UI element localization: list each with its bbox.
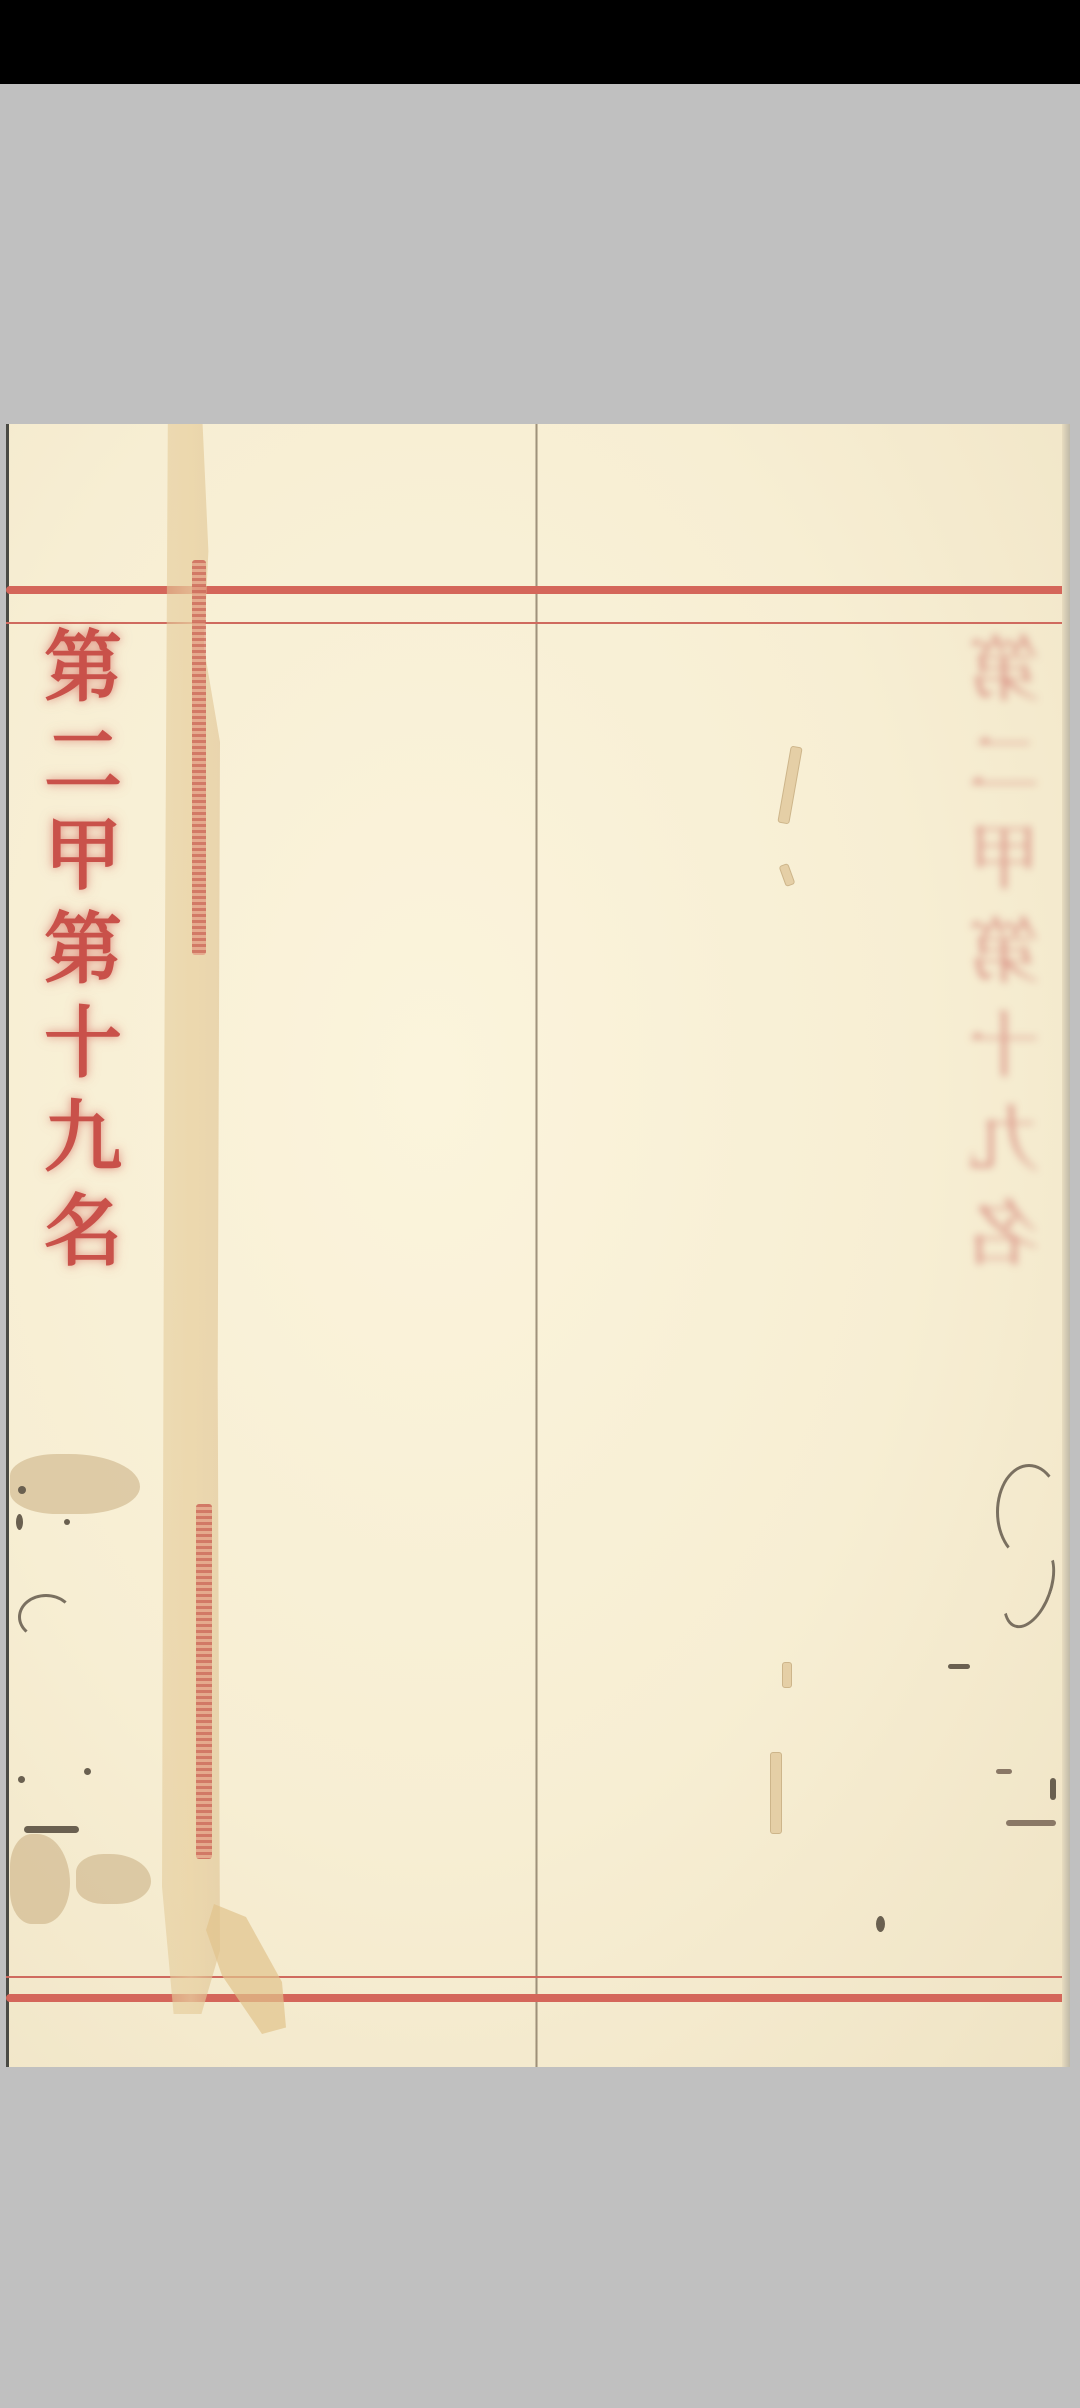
ghost-char: 名 — [968, 1198, 1040, 1292]
status-bar — [0, 0, 1080, 84]
worm-hole — [16, 1514, 23, 1530]
worm-track — [1050, 1778, 1056, 1800]
paper-slit — [770, 1752, 782, 1834]
seal-stamp-upper — [192, 560, 206, 955]
worm-hole — [64, 1519, 70, 1525]
water-stain — [10, 1834, 70, 1924]
title-char: 十 — [44, 1005, 122, 1099]
ghost-char: 二 — [968, 728, 1040, 822]
worm-track — [18, 1594, 74, 1640]
worm-track — [996, 1769, 1012, 1774]
scanned-page[interactable]: 第 二 甲 第 十 九 名 第 二 甲 第 十 九 名 — [6, 424, 1070, 2067]
worm-hole — [18, 1776, 25, 1783]
torn-tape-flap — [206, 1904, 286, 2034]
worm-track — [24, 1826, 79, 1833]
paper-slit — [779, 863, 796, 887]
ghost-char: 九 — [968, 1104, 1040, 1198]
seal-stamp-lower — [196, 1504, 212, 1859]
top-border-thin-rule — [6, 622, 1066, 624]
water-stain — [10, 1454, 140, 1514]
water-stain — [76, 1854, 151, 1904]
title-char: 甲 — [44, 817, 122, 911]
title-char: 名 — [44, 1193, 122, 1287]
title-char: 二 — [44, 723, 122, 817]
title-text-column: 第 二 甲 第 十 九 名 — [28, 629, 138, 1287]
worm-hole — [84, 1768, 91, 1775]
worm-hole — [876, 1916, 885, 1932]
top-border-thick-rule — [6, 586, 1066, 594]
title-char: 第 — [44, 629, 122, 723]
bottom-border-thick-rule — [6, 1994, 1066, 2002]
worm-hole — [18, 1486, 26, 1494]
title-char: 九 — [44, 1099, 122, 1193]
worm-track — [993, 1539, 1066, 1636]
ghost-char: 第 — [968, 916, 1040, 1010]
ghost-offset-text-column: 第 二 甲 第 十 九 名 — [954, 634, 1054, 1292]
ghost-char: 第 — [968, 634, 1040, 728]
paper-slit — [777, 746, 802, 825]
worm-track — [1006, 1820, 1056, 1826]
title-char: 第 — [44, 911, 122, 1005]
worm-track — [948, 1664, 970, 1669]
paper-slit — [782, 1662, 792, 1688]
bottom-border-thin-rule — [6, 1976, 1066, 1978]
worm-track — [996, 1464, 1062, 1560]
center-fold-line — [535, 424, 538, 2067]
ghost-char: 甲 — [968, 822, 1040, 916]
ghost-char: 十 — [968, 1010, 1040, 1104]
